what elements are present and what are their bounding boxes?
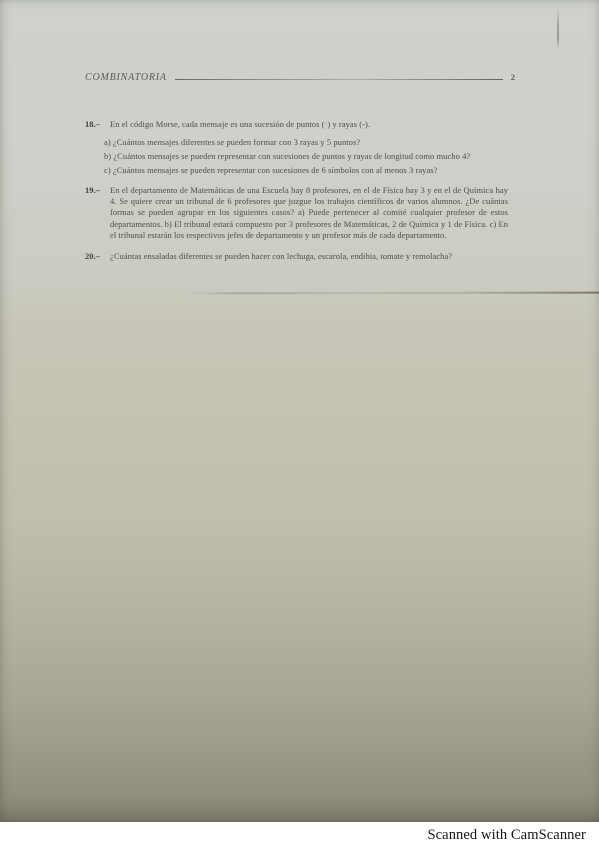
exercise-18-intro: En el código Morse, cada mensaje es una …: [110, 119, 515, 130]
exercise-list: 18.– En el código Morse, cada mensaje es…: [85, 119, 515, 262]
camscanner-footer: Scanned with CamScanner: [0, 822, 599, 848]
exercise-18-item-c: c) ¿Cuántos mensajes se pueden represent…: [104, 165, 508, 176]
exercise-18: 18.– En el código Morse, cada mensaje es…: [85, 119, 515, 177]
exercise-20: 20.– ¿Cuántas ensaladas diferentes se pu…: [85, 251, 515, 262]
document-title: COMBINATORIA: [85, 72, 167, 83]
exercise-19-number: 19.–: [85, 185, 100, 196]
exercise-18-number: 18.–: [85, 119, 100, 130]
camscanner-watermark: Scanned with CamScanner: [427, 827, 586, 844]
exercise-20-number: 20.–: [85, 251, 100, 262]
exercise-20-intro: ¿Cuántas ensaladas diferentes se pueden …: [110, 251, 522, 262]
exercise-18-items: a) ¿Cuántos mensajes diferentes se puede…: [104, 137, 515, 176]
paper-crease-horizontal: [188, 292, 599, 294]
screenshot-stage: COMBINATORIA 2 18.– En el código Morse, …: [0, 0, 599, 848]
exercise-19-intro: En el departamento de Matemáticas de una…: [110, 185, 508, 242]
document-header: COMBINATORIA 2: [85, 72, 515, 83]
exercise-18-item-a: a) ¿Cuántos mensajes diferentes se puede…: [104, 137, 508, 148]
scanned-page: COMBINATORIA 2 18.– En el código Morse, …: [0, 0, 599, 822]
header-rule: [175, 79, 503, 80]
exercise-19: 19.– En el departamento de Matemáticas d…: [85, 185, 515, 242]
page-number: 2: [511, 72, 515, 82]
paper-crease-vertical: [557, 7, 559, 47]
exercise-18-item-b: b) ¿Cuántos mensajes se pueden represent…: [104, 151, 508, 162]
